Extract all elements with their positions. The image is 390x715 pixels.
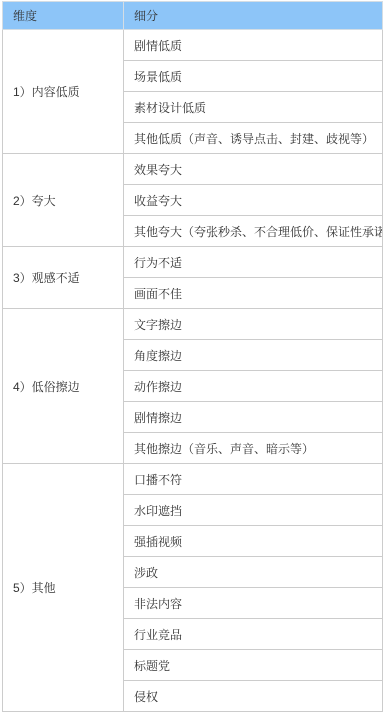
subdivision-cell: 其他擦边（音乐、声音、暗示等） [124, 433, 383, 464]
subdivision-cell: 标题党 [124, 650, 383, 681]
header-row: 维度 细分 [3, 2, 383, 30]
subdivision-cell: 角度擦边 [124, 340, 383, 371]
subdivision-cell: 行业竞品 [124, 619, 383, 650]
table-container: 维度 细分 1）内容低质剧情低质场景低质素材设计低质其他低质（声音、诱导点击、封… [0, 0, 390, 712]
table-row: 1）内容低质剧情低质 [3, 30, 383, 61]
subdivision-cell: 侵权 [124, 681, 383, 712]
subdivision-cell: 动作擦边 [124, 371, 383, 402]
subdivision-cell: 行为不适 [124, 247, 383, 278]
subdivision-cell: 水印遮挡 [124, 495, 383, 526]
table-body: 1）内容低质剧情低质场景低质素材设计低质其他低质（声音、诱导点击、封建、歧视等）… [3, 30, 383, 712]
subdivision-cell: 文字擦边 [124, 309, 383, 340]
subdivision-cell: 素材设计低质 [124, 92, 383, 123]
table-row: 4）低俗擦边文字擦边 [3, 309, 383, 340]
subdivision-cell: 剧情低质 [124, 30, 383, 61]
subdivision-cell: 其他低质（声音、诱导点击、封建、歧视等） [124, 123, 383, 154]
subdivision-cell: 强插视频 [124, 526, 383, 557]
subdivision-cell: 非法内容 [124, 588, 383, 619]
subdivision-cell: 效果夸大 [124, 154, 383, 185]
dimension-cell: 1）内容低质 [3, 30, 124, 154]
subdivision-cell: 其他夸大（夸张秒杀、不合理低价、保证性承诺等） [124, 216, 383, 247]
column-header-dimension: 维度 [3, 2, 124, 30]
table-row: 2）夸大效果夸大 [3, 154, 383, 185]
subdivision-cell: 收益夸大 [124, 185, 383, 216]
dimension-cell: 5）其他 [3, 464, 124, 712]
column-header-subdivision: 细分 [124, 2, 383, 30]
subdivision-cell: 口播不符 [124, 464, 383, 495]
subdivision-cell: 画面不佳 [124, 278, 383, 309]
dimension-cell: 4）低俗擦边 [3, 309, 124, 464]
subdivision-cell: 场景低质 [124, 61, 383, 92]
subdivision-cell: 涉政 [124, 557, 383, 588]
table-row: 3）观感不适行为不适 [3, 247, 383, 278]
table-header: 维度 细分 [3, 2, 383, 30]
dimension-subdivision-table: 维度 细分 1）内容低质剧情低质场景低质素材设计低质其他低质（声音、诱导点击、封… [2, 1, 383, 712]
dimension-cell: 3）观感不适 [3, 247, 124, 309]
subdivision-cell: 剧情擦边 [124, 402, 383, 433]
dimension-cell: 2）夸大 [3, 154, 124, 247]
table-row: 5）其他口播不符 [3, 464, 383, 495]
